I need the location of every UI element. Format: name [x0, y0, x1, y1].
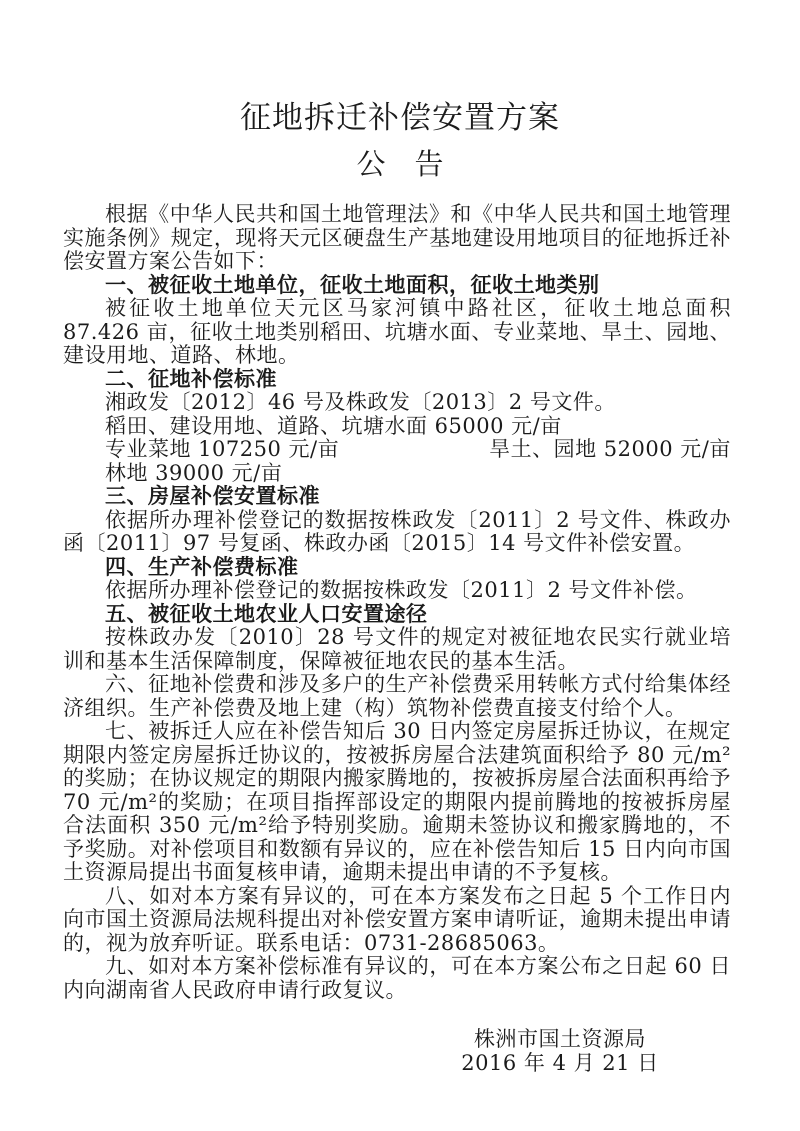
item-9-paragraph: 九、如对本方案补偿标准有异议的，可在本方案公布之日起 60 日内向湖南省人民政府…	[63, 955, 731, 1002]
section-3-body: 依据所办理补偿登记的数据按株政发〔2011〕2 号文件、株政办函〔2011〕97…	[63, 509, 731, 556]
signature-block: 株洲市国土资源局 2016 年 4 月 21 日	[440, 1028, 680, 1075]
section-1-heading: 一、被征收土地单位，征收土地面积，征收土地类别	[63, 274, 731, 298]
signature-org: 株洲市国土资源局	[440, 1028, 680, 1052]
page-title: 征地拆迁补偿安置方案	[0, 0, 800, 135]
page-subtitle: 公 告	[0, 148, 800, 180]
item-8-paragraph: 八、如对本方案有异议的，可在本方案发布之日起 5 个工作日内向市国土资源局法规科…	[63, 885, 731, 956]
announcement-page: 征地拆迁补偿安置方案 公 告 根据《中华人民共和国土地管理法》和《中华人民共和国…	[0, 0, 800, 1131]
section-2-heading: 二、征地补偿标准	[63, 368, 731, 392]
item-7-paragraph: 七、被拆迁人应在补偿告知后 30 日内签定房屋拆迁协议，在规定期限内签定房屋拆迁…	[63, 720, 731, 885]
section-3-heading: 三、房屋补偿安置标准	[63, 485, 731, 509]
compensation-basis-line: 湘政发〔2012〕46 号及株政发〔2013〕2 号文件。	[63, 391, 731, 415]
section-4-heading: 四、生产补偿费标准	[63, 556, 731, 580]
signature-date: 2016 年 4 月 21 日	[440, 1052, 680, 1076]
section-4-body: 依据所办理补偿登记的数据按株政发〔2011〕2 号文件补偿。	[63, 579, 731, 603]
section-5-body: 按株政办发〔2010〕28 号文件的规定对被征地农民实行就业培训和基本生活保障制…	[63, 626, 731, 673]
section-1-body: 被征收土地单位天元区马家河镇中路社区，征收土地总面积 87.426 亩，征收土地…	[63, 297, 731, 368]
rate-dry-garden: 旱土、园地 52000 元/亩	[489, 437, 731, 461]
item-6-paragraph: 六、征地补偿费和涉及多户的生产补偿费采用转帐方式付给集体经济组织。生产补偿费及地…	[63, 673, 731, 720]
rate-line-vegetable-dry: 专业菜地 107250 元/亩旱土、园地 52000 元/亩	[63, 438, 731, 462]
rate-line-paddy: 稻田、建设用地、道路、坑塘水面 65000 元/亩	[63, 415, 731, 439]
section-5-heading: 五、被征收土地农业人口安置途径	[63, 603, 731, 627]
rate-vegetable: 专业菜地 107250 元/亩	[105, 437, 339, 461]
rate-line-forest: 林地 39000 元/亩	[63, 462, 731, 486]
document-body: 根据《中华人民共和国土地管理法》和《中华人民共和国土地管理实施条例》规定，现将天…	[63, 203, 731, 1002]
intro-paragraph: 根据《中华人民共和国土地管理法》和《中华人民共和国土地管理实施条例》规定，现将天…	[63, 203, 731, 274]
